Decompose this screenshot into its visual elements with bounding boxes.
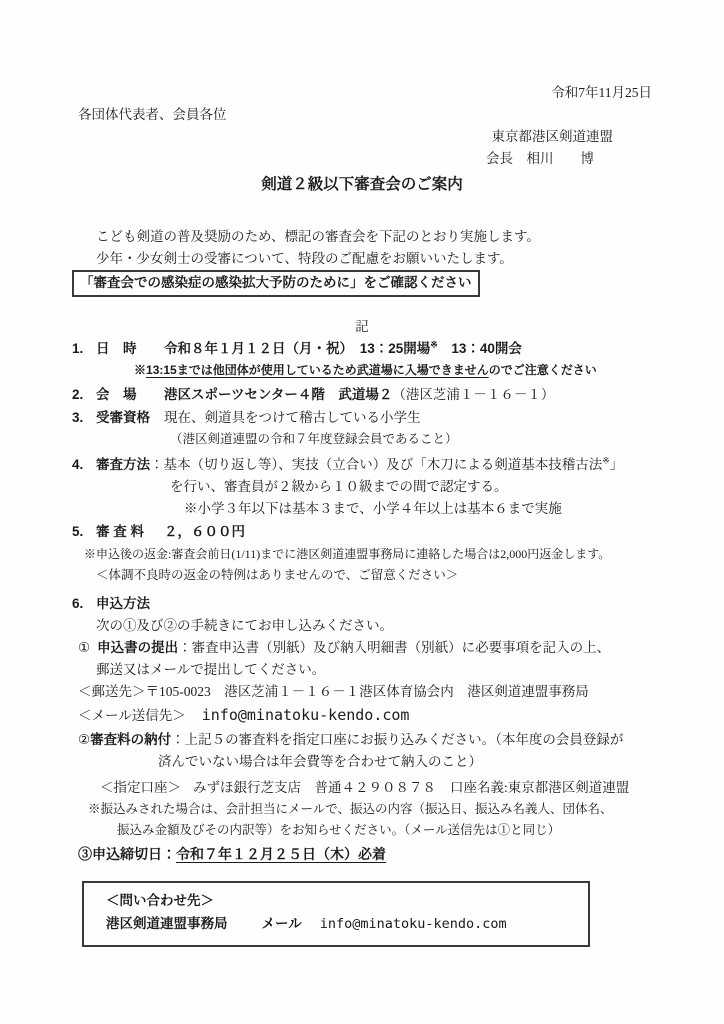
- transfer-note-2: 振込み金額及びその内訳等）をお知らせください。（メール送信先は①と同じ）: [72, 820, 652, 841]
- item-1-note: ※13:15までは他団体が使用しているため武道場に入場できませんのでご注意くださ…: [72, 360, 652, 380]
- issue-date: 令和7年11月25日: [72, 82, 652, 104]
- email-label: ＜メール送信先＞: [78, 708, 186, 723]
- item-1-label: 日 時: [96, 338, 164, 360]
- item-3-label: 受審資格: [96, 406, 164, 429]
- item-3-number: 3.: [72, 406, 96, 429]
- item-1-datetime: 1.日 時令和８年１月１２日（月・祝） 13：25開場※ 13：40開会: [72, 338, 652, 360]
- item-5-value: ２，６００円: [164, 524, 245, 539]
- item-6-intro: 次の①及び②の手続きにてお申し込みください。: [72, 615, 652, 637]
- item-2-value: 港区スポーツセンター４階 武道場２: [164, 387, 392, 402]
- email-address-line: ＜メール送信先＞info@minatoku-kendo.com: [72, 703, 652, 727]
- item-2-venue: 2.会 場港区スポーツセンター４階 武道場２（港区芝浦１－１６－１）: [72, 383, 652, 406]
- item-4-line3: ※小学３年以下は基本３まで、小学４年以上は基本６まで実施: [72, 498, 652, 520]
- item-5-refund-note: ※申込後の返金:審査会前日(1/11)までに港区剣道連盟事務局に連絡した場合は2…: [72, 543, 652, 565]
- intro-line-2: 少年・少女剣士の受審について、特段のご配慮をお願いいたします。: [72, 248, 652, 270]
- item-4-method: 4.審査方法：基本（切り返し等）、実技（立合い）及び「木刀による剣道基本技稽古法…: [72, 453, 652, 476]
- item-3-subnote: （港区剣道連盟の令和７年度登録会員であること）: [72, 429, 652, 450]
- item-6-label: 申込方法: [96, 596, 150, 611]
- item-5-label: 審 査 料: [96, 520, 164, 543]
- item-4-line1: 基本（切り返し等）、実技（立合い）及び「木刀による剣道基本技稽古法: [164, 457, 603, 472]
- infection-notice-box: 「審査会での感染症の感染拡大予防のために」をご確認ください: [72, 270, 480, 297]
- contact-detail-line: 港区剣道連盟事務局メールinfo@minatoku-kendo.com: [106, 912, 588, 935]
- item-4-number: 4.: [72, 453, 96, 476]
- postal-label: ＜郵送先＞: [78, 684, 146, 699]
- item-4-line2: を行い、審査員が２級から１０級までの間で認定する。: [72, 476, 652, 498]
- step-1-label: 申込書の提出: [97, 640, 178, 655]
- item-5-refund-exception: ＜体調不良時の返金の特例はありませんので、ご留意ください＞: [72, 565, 652, 586]
- account-label: ＜指定口座＞: [100, 780, 181, 795]
- bank-account-line: ＜指定口座＞みずほ銀行芝支店 普通４２９０８７８口座名義:東京都港区剣道連盟: [72, 776, 652, 799]
- step-1-text1: 審査申込書（別紙）及び納入明細書（別紙）に必要事項を記入の上、: [192, 640, 611, 655]
- contact-box: ＜問い合わせ先＞ 港区剣道連盟事務局メールinfo@minatoku-kendo…: [82, 881, 590, 947]
- item-5-fee: 5.審 査 料２，６００円: [72, 520, 652, 543]
- deadline-value: 令和７年１２月２５日（木）必着: [176, 846, 386, 862]
- step-2-colon: ：: [171, 732, 185, 747]
- account-bank: みずほ銀行芝支店 普通４２９０８７８: [193, 780, 436, 795]
- item-1-number: 1.: [72, 338, 96, 360]
- step-2-marker: ②: [78, 732, 90, 747]
- document-page: 令和7年11月25日 各団体代表者、会員各位 東京都港区剣道連盟 会長 相川 博…: [0, 0, 724, 1024]
- note-mark: ※: [134, 363, 146, 377]
- step-2-line1: ②審査料の納付：上記５の審査料を指定口座にお振り込みください。（本年度の会員登録…: [72, 729, 652, 751]
- item-4-colon: ：: [150, 457, 164, 472]
- item-1-asterisk: ※: [430, 340, 438, 350]
- item-2-address: （港区芝浦１－１６－１）: [392, 387, 554, 402]
- item-5-number: 5.: [72, 520, 96, 543]
- contact-email: info@minatoku-kendo.com: [320, 916, 507, 932]
- step-2-line2: 済んでいない場合は年会費等を合わせて納入のこと）: [72, 751, 652, 773]
- item-2-label: 会 場: [96, 383, 164, 406]
- item-4-asterisk: ※: [602, 456, 610, 466]
- document-content: 令和7年11月25日 各団体代表者、会員各位 東京都港区剣道連盟 会長 相川 博…: [0, 0, 724, 947]
- account-holder: 口座名義:東京都港区剣道連盟: [450, 780, 629, 795]
- step-3-colon: ：: [162, 846, 176, 862]
- recipient-line: 各団体代表者、会員各位: [72, 104, 652, 126]
- ki-heading: 記: [72, 316, 652, 338]
- deadline-line: ③申込締切日：令和７年１２月２５日（木）必着: [72, 843, 652, 866]
- intro-line-1: こども剣道の普及奨励のため、標記の審査会を下記のとおり実施します。: [72, 226, 652, 248]
- step-3-marker: ③: [78, 846, 92, 862]
- organization-name: 東京都港区剣道連盟: [72, 126, 652, 148]
- note-underlined: 13:15までは他団体が使用しているため武道場に入場できません: [146, 363, 489, 377]
- step-1-marker: ①: [78, 640, 90, 655]
- transfer-note-1: ※振込みされた場合は、会計担当にメールで、振込の内容（振込日、振込み名義人、団体…: [72, 799, 652, 820]
- item-4-label: 審査方法: [96, 457, 150, 472]
- step-3-label: 申込締切日: [92, 846, 162, 862]
- contact-heading: ＜問い合わせ先＞: [106, 889, 588, 912]
- postal-address-line: ＜郵送先＞〒105-0023 港区芝浦１－１６－１港区体育協会内 港区剣道連盟事…: [72, 681, 652, 703]
- item-1-value-tail: 13：40開会: [438, 341, 522, 356]
- infection-notice-row: 「審査会での感染症の感染拡大予防のために」をご確認ください: [72, 270, 652, 296]
- item-3-value: 現在、剣道具をつけて稽古している小学生: [164, 410, 421, 425]
- item-6-number: 6.: [72, 592, 96, 615]
- step-1-line2: 郵送又はメールで提出してください。: [72, 659, 652, 681]
- contact-name: 港区剣道連盟事務局: [106, 916, 228, 931]
- president-name: 会長 相川 博: [72, 148, 652, 170]
- item-2-number: 2.: [72, 383, 96, 406]
- step-1-colon: ：: [178, 640, 192, 655]
- document-title: 剣道２級以下審査会のご案内: [72, 172, 652, 198]
- email-value: info@minatoku-kendo.com: [202, 706, 410, 724]
- item-6-application: 6.申込方法: [72, 592, 652, 615]
- item-1-value: 令和８年１月１２日（月・祝） 13：25開場: [164, 341, 430, 356]
- item-4-line1-tail: 」: [610, 457, 624, 472]
- item-3-eligibility: 3.受審資格現在、剣道具をつけて稽古している小学生: [72, 406, 652, 429]
- postal-value: 〒105-0023 港区芝浦１－１６－１港区体育協会内 港区剣道連盟事務局: [146, 684, 589, 699]
- note-tail: のでご注意ください: [489, 363, 597, 377]
- step-2-text1: 上記５の審査料を指定口座にお振り込みください。（本年度の会員登録が: [185, 732, 624, 747]
- step-1-line1: ①申込書の提出：審査申込書（別紙）及び納入明細書（別紙）に必要事項を記入の上、: [72, 637, 652, 659]
- contact-mail-label: メール: [262, 916, 302, 931]
- step-2-label: 審査料の納付: [90, 732, 171, 747]
